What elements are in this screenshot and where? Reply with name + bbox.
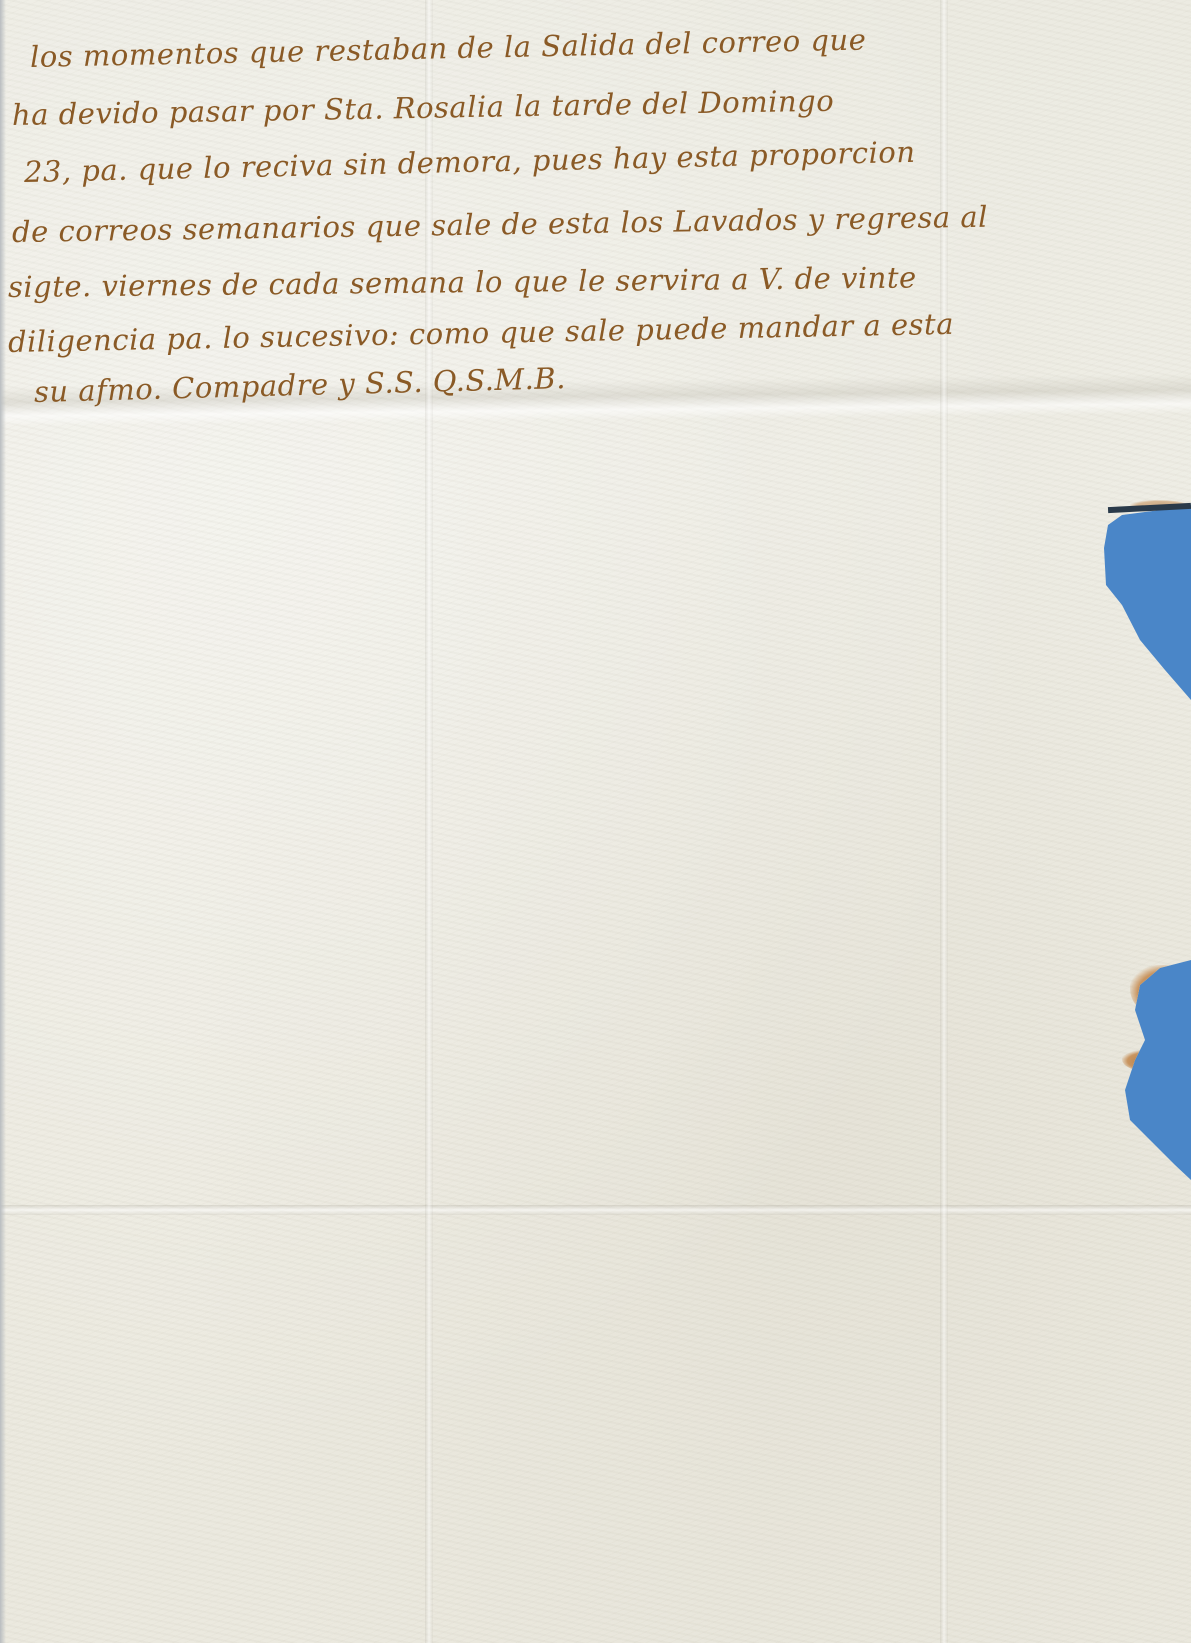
fold-crease-left [425, 0, 433, 1643]
fold-crease-right [940, 0, 948, 1643]
letter-sheet: los momentos que restaban de la Salida d… [0, 0, 1191, 1643]
rust-stain [1130, 965, 1191, 1020]
fold-crease-bottom [0, 1205, 1191, 1215]
paper-left-edge [0, 0, 6, 1643]
paper-texture [0, 0, 1191, 1643]
